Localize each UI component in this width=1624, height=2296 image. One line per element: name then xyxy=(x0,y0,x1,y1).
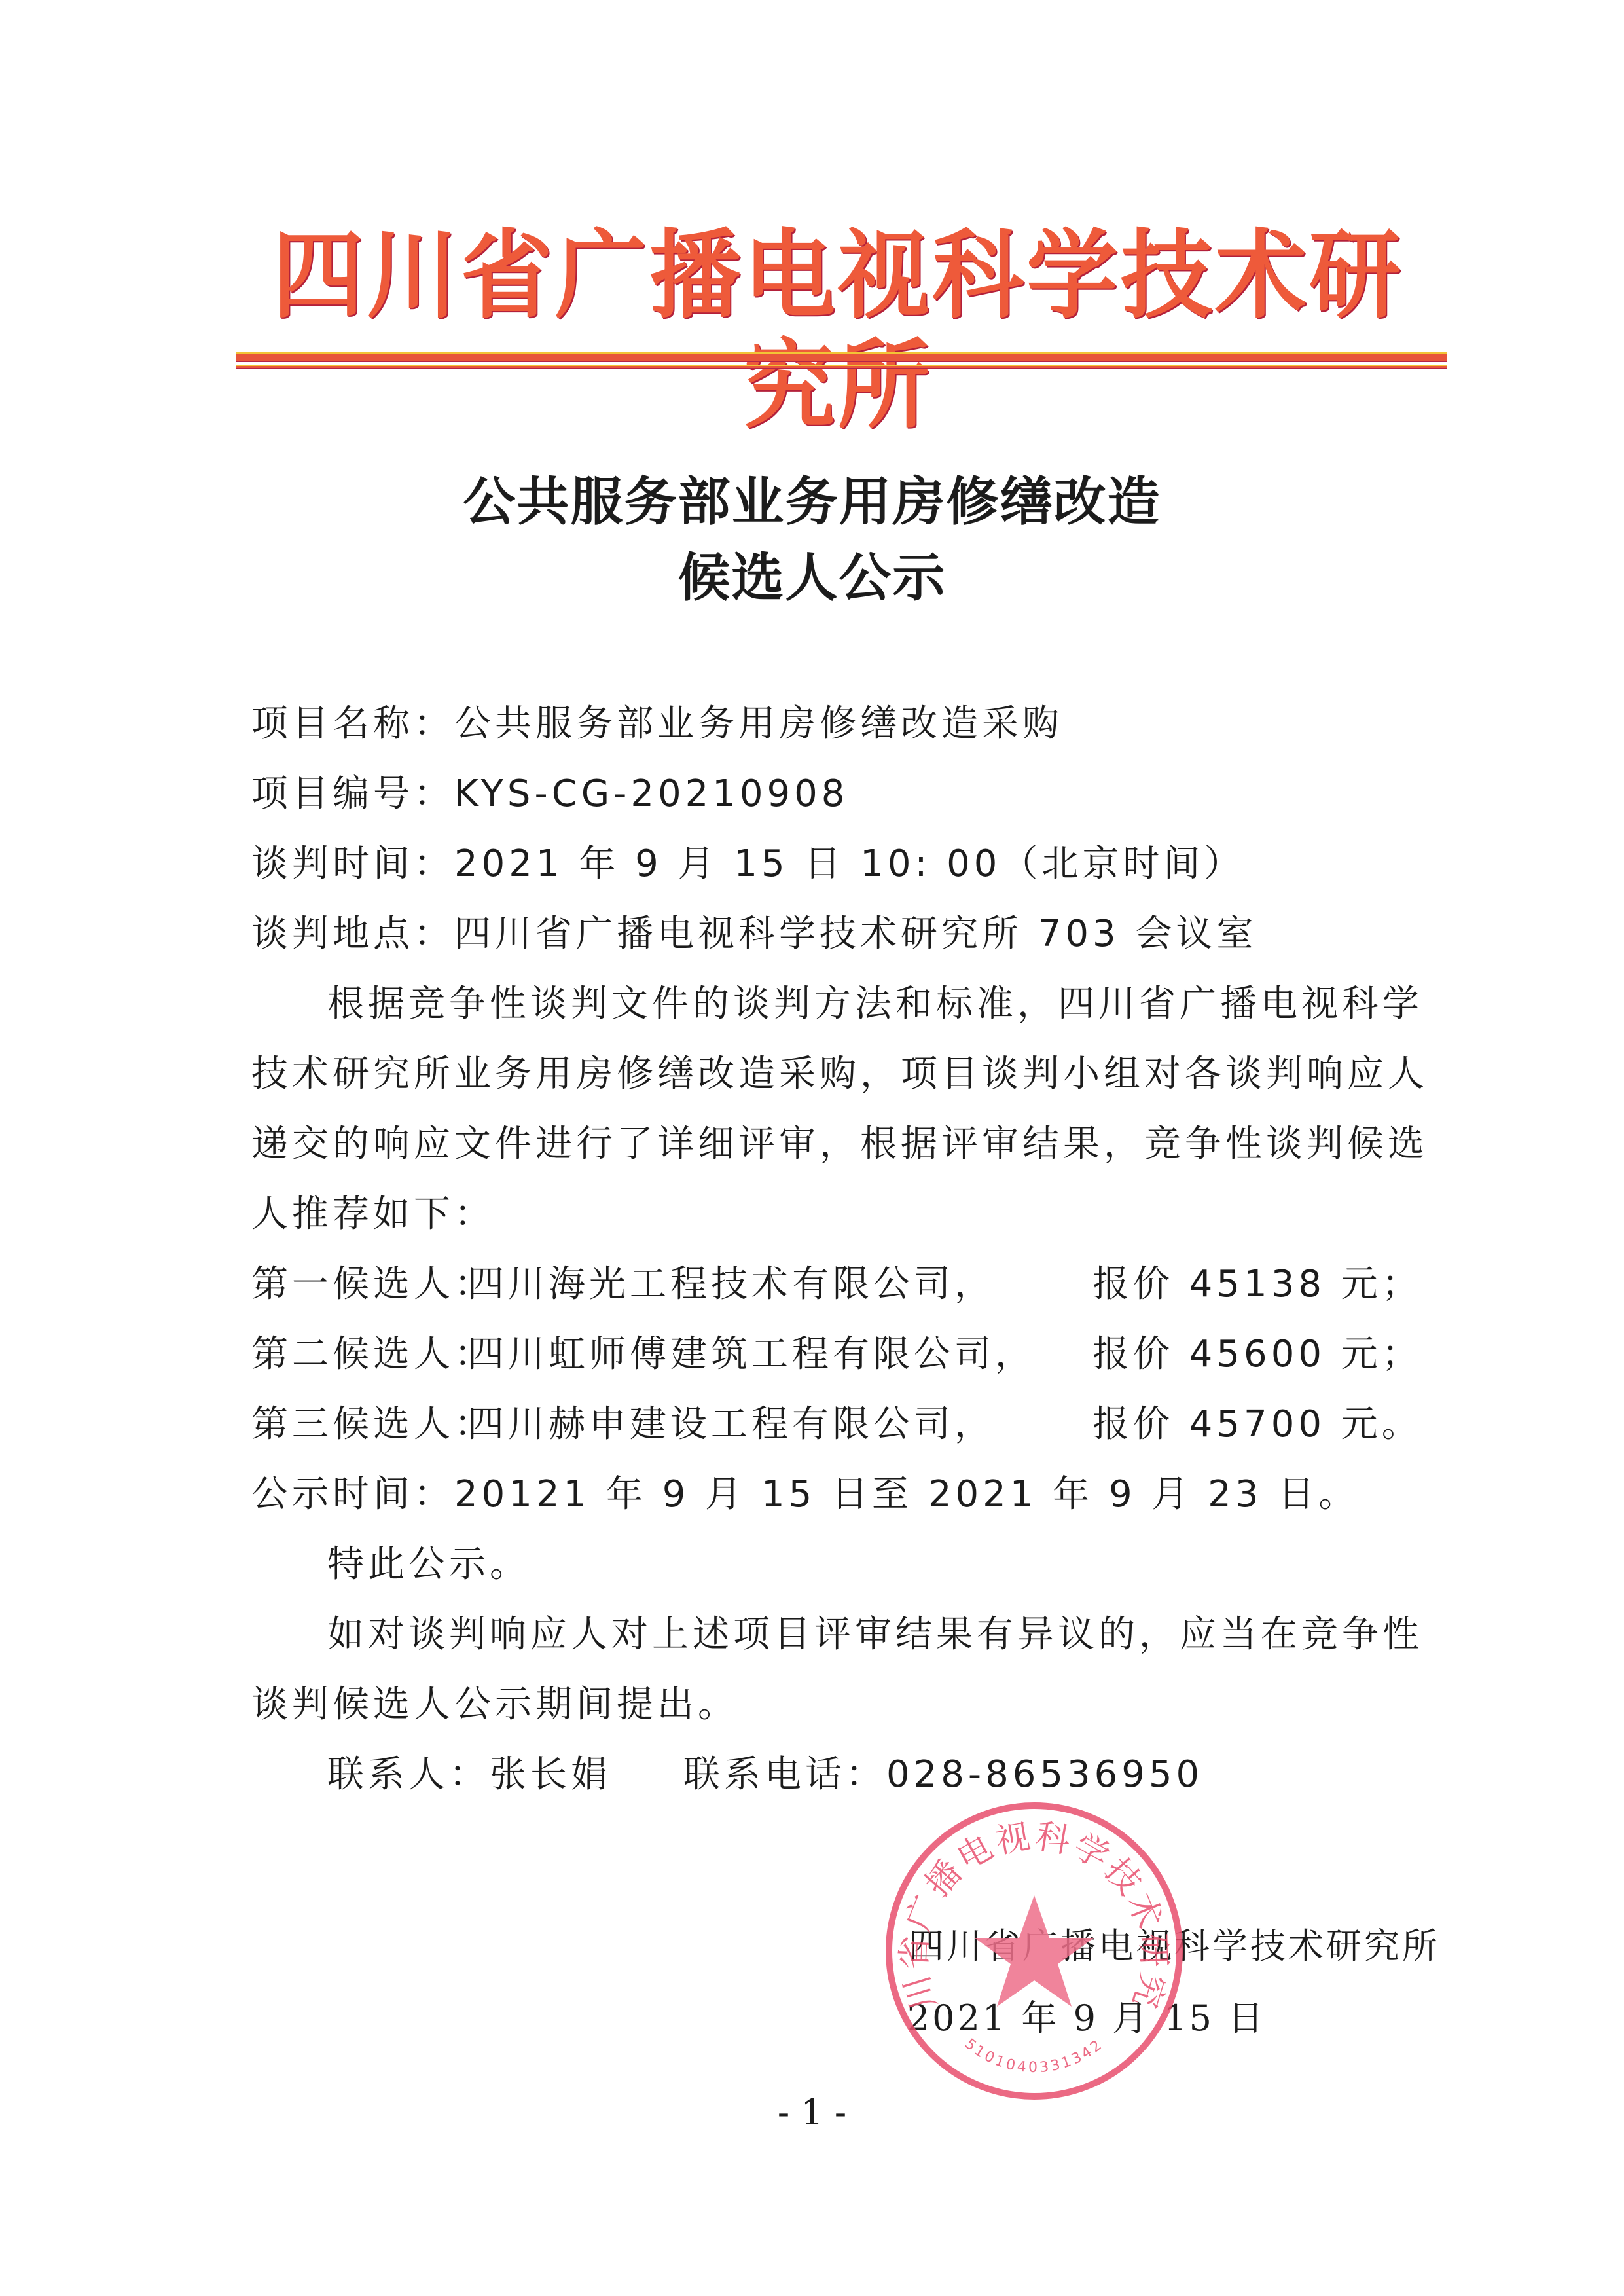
negotiation-place-label: 谈判地点： xyxy=(251,913,454,955)
candidate-rank: 第三候选人： xyxy=(251,1401,467,1448)
contact-person-value: 张长娟 xyxy=(490,1753,611,1796)
negotiation-time-row: 谈判时间：2021 年 9 月 15 日 10: 00（北京时间） xyxy=(251,841,1244,888)
seal-text: 四川省广播电视科学技术研究所 xyxy=(880,1797,1174,2014)
objection-line: 谈判候选人公示期间提出。 xyxy=(251,1681,738,1728)
signature-organization: 四川省广播电视科学技术研究所 xyxy=(851,1918,1440,1969)
publicity-period-row: 公示时间：20121 年 9 月 15 日至 2021 年 9 月 23 日。 xyxy=(251,1471,1359,1518)
signature-date: 2021 年 9 月 15 日 xyxy=(890,1990,1283,2041)
body-paragraph-line: 根据竞争性谈判文件的谈判方法和标准，四川省广播电视科学 xyxy=(327,981,1423,1028)
document-title-line1: 公共服务部业务用房修缮改造 xyxy=(0,460,1624,535)
contact-row: 联系人：张长娟联系电话：028-86536950 xyxy=(327,1751,1203,1798)
candidate-company: 四川虹师傅建筑工程有限公司， xyxy=(467,1331,1092,1378)
project-number-value: KYS-CG-20210908 xyxy=(454,773,848,815)
project-number-row: 项目编号：KYS-CG-20210908 xyxy=(251,771,848,818)
project-name-value: 公共服务部业务用房修缮改造采购 xyxy=(454,702,1063,745)
publicity-period-value: 20121 年 9 月 15 日至 2021 年 9 月 23 日。 xyxy=(454,1473,1359,1516)
project-number-label: 项目编号： xyxy=(251,773,454,815)
negotiation-time-label: 谈判时间： xyxy=(251,843,454,885)
contact-phone-value: 028-86536950 xyxy=(886,1753,1203,1796)
negotiation-place-value: 四川省广播电视科学技术研究所 703 会议室 xyxy=(454,913,1257,955)
publicity-period-label: 公示时间： xyxy=(251,1473,454,1516)
candidate-row: 第二候选人：四川虹师傅建筑工程有限公司，报价 45600 元； xyxy=(251,1331,1422,1378)
body-paragraph-line: 递交的响应文件进行了详细评审，根据评审结果，竞争性谈判候选 xyxy=(251,1121,1428,1168)
letterhead-rule-thick xyxy=(236,352,1447,362)
svg-text:5101040331342: 5101040331342 xyxy=(962,2036,1107,2077)
candidate-price: 报价 45700 元。 xyxy=(1092,1401,1422,1448)
page-number: - 1 - xyxy=(0,2092,1624,2133)
contact-person-label: 联系人： xyxy=(327,1753,490,1796)
svg-text:四川省广播电视科学技术研究所: 四川省广播电视科学技术研究所 xyxy=(880,1797,1174,2014)
negotiation-place-row: 谈判地点：四川省广播电视科学技术研究所 703 会议室 xyxy=(251,911,1257,958)
body-paragraph-line: 人推荐如下： xyxy=(251,1191,495,1238)
objection-line: 如对谈判响应人对上述项目评审结果有异议的，应当在竞争性 xyxy=(327,1611,1423,1658)
seal-code: 5101040331342 xyxy=(962,2036,1107,2077)
letterhead-rule-thin xyxy=(236,365,1447,369)
candidate-price: 报价 45138 元； xyxy=(1092,1261,1422,1308)
announcement-text: 特此公示。 xyxy=(327,1541,530,1588)
negotiation-time-value: 2021 年 9 月 15 日 10: 00（北京时间） xyxy=(454,843,1244,885)
candidate-company: 四川赫申建设工程有限公司， xyxy=(467,1401,1092,1448)
project-name-label: 项目名称： xyxy=(251,702,454,745)
candidate-price: 报价 45600 元； xyxy=(1092,1331,1422,1378)
candidate-rank: 第一候选人： xyxy=(251,1261,467,1308)
candidate-company: 四川海光工程技术有限公司， xyxy=(467,1261,1092,1308)
contact-phone-label: 联系电话： xyxy=(683,1753,886,1796)
candidate-row: 第三候选人：四川赫申建设工程有限公司，报价 45700 元。 xyxy=(251,1401,1422,1448)
project-name-row: 项目名称：公共服务部业务用房修缮改造采购 xyxy=(251,701,1063,748)
document-title-line2: 候选人公示 xyxy=(0,536,1624,611)
candidate-rank: 第二候选人： xyxy=(251,1331,467,1378)
candidate-row: 第一候选人：四川海光工程技术有限公司，报价 45138 元； xyxy=(251,1261,1422,1308)
body-paragraph-line: 技术研究所业务用房修缮改造采购，项目谈判小组对各谈判响应人 xyxy=(251,1051,1428,1098)
letterhead-organization: 四川省广播电视科学技术研究所 xyxy=(236,221,1440,441)
